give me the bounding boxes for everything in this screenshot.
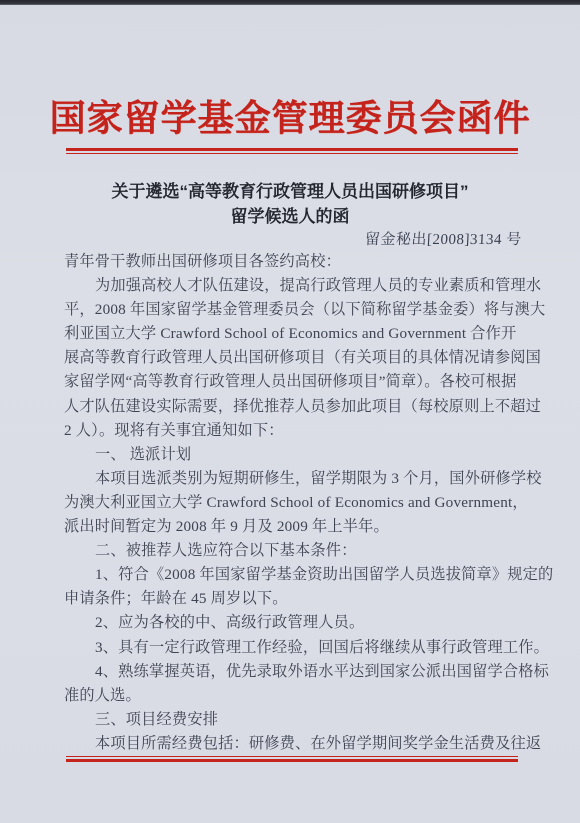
body-line: 利亚国立大学 Crawford School of Economics and …: [64, 322, 522, 346]
body-line: 青年骨干教师出国研修项目各签约高校：: [64, 250, 522, 274]
body-line: 展高等教育行政管理人员出国研修项目（有关项目的具体情况请参阅国: [64, 346, 522, 370]
body-line: 为澳大利亚国立大学 Crawford School of Economics a…: [64, 491, 522, 515]
subject-line-1: 关于遴选“高等教育行政管理人员出国研修项目”: [0, 177, 580, 202]
scanned-letter-page: 国家留学基金管理委员会函件 关于遴选“高等教育行政管理人员出国研修项目” 留学候…: [0, 0, 580, 823]
scan-edge-artifact: [0, 0, 580, 5]
letterhead-rule: [66, 148, 518, 154]
subject-line-2: 留学候选人的函: [0, 202, 580, 227]
body-line: 一、 选派计划: [64, 443, 522, 467]
body-line: 家留学网“高等教育行政管理人员出国研修项目”简章）。各校可根据: [64, 370, 522, 394]
footer-rule: [66, 756, 518, 762]
body-line: 4、熟练掌握英语，优先录取外语水平达到国家公派出国留学合格标: [64, 660, 522, 684]
body-line: 派出时间暂定为 2008 年 9 月及 2009 年上半年。: [64, 515, 522, 539]
body-line: 人才队伍建设实际需要，择优推荐人员参加此项目（每校原则上不超过: [64, 395, 522, 419]
body-line: 2 人）。现将有关事宜通知如下：: [64, 419, 522, 443]
body-line: 1、符合《2008 年国家留学基金资助出国留学人员选拔简章》规定的: [64, 563, 522, 587]
body-line: 本项目选派类别为短期研修生，留学期限为 3 个月，国外研修学校: [64, 467, 522, 491]
body-line: 三、项目经费安排: [64, 708, 522, 732]
body-line: 平，2008 年国家留学基金管理委员会（以下简称留学基金委）将与澳大: [64, 298, 522, 322]
document-body: 青年骨干教师出国研修项目各签约高校：为加强高校人才队伍建设，提高行政管理人员的专…: [64, 250, 522, 756]
body-line: 为加强高校人才队伍建设，提高行政管理人员的专业素质和管理水: [64, 274, 522, 298]
body-line: 二、被推荐人选应符合以下基本条件：: [64, 539, 522, 563]
body-line: 3、具有一定行政管理工作经验，回国后将继续从事行政管理工作。: [64, 636, 522, 660]
letterhead-title: 国家留学基金管理委员会函件: [0, 90, 580, 141]
body-line: 申请条件；年龄在 45 周岁以下。: [64, 587, 522, 611]
body-line: 本项目所需经费包括：研修费、在外留学期间奖学金生活费及往返: [64, 732, 522, 756]
body-line: 2、应为各校的中、高级行政管理人员。: [64, 611, 522, 635]
body-line: 准的人选。: [64, 684, 522, 708]
document-number: 留金秘出[2008]3134 号: [365, 228, 523, 249]
